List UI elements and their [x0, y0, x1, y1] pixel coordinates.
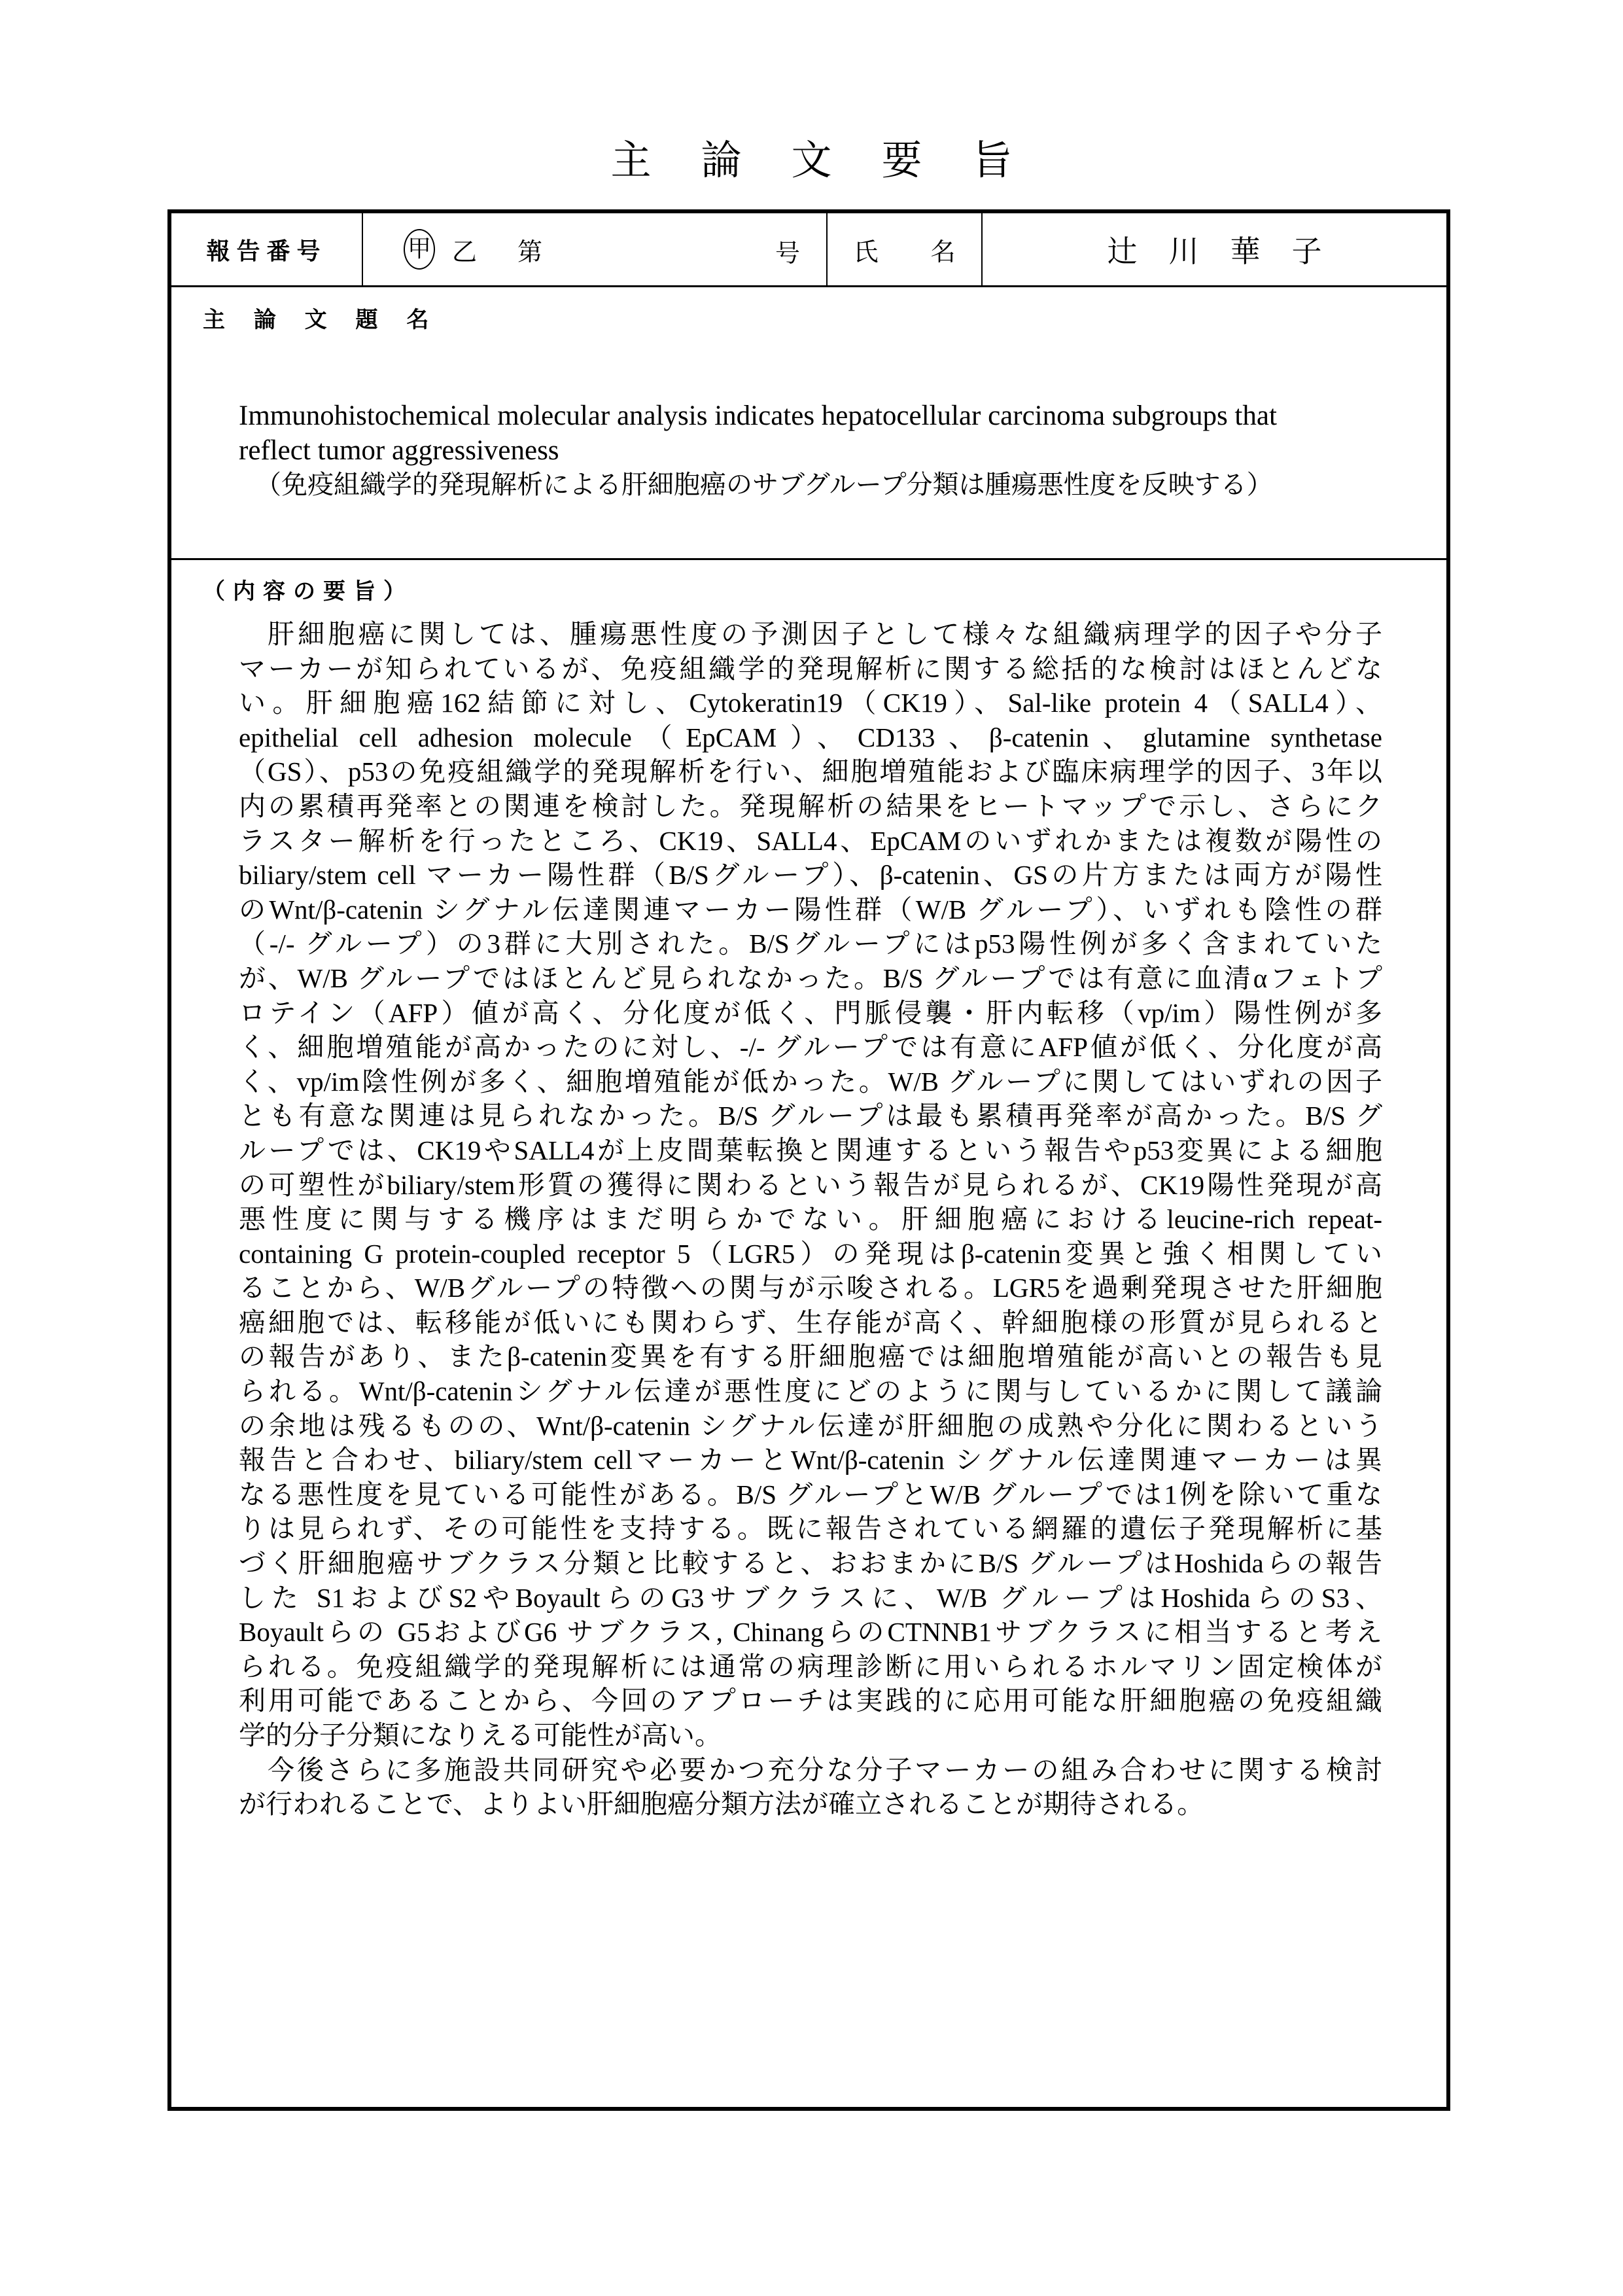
thesis-title-english: Immunohistochemical molecular analysis i…: [239, 398, 1403, 468]
thesis-title-line: reflect tumor aggressiveness: [239, 433, 1403, 468]
degree-type-circled-kou: 甲: [404, 229, 435, 270]
thesis-title-section: 主 論 文 題 名 Immunohistochemical molecular …: [171, 287, 1446, 560]
title-char: 文: [791, 134, 831, 186]
summary-line: （-/- グループ）の3群に大別された。B/Sグループにはp53陽性例が多く含ま…: [239, 927, 1382, 961]
author-name-char: 辻: [1108, 228, 1138, 271]
title-char: 論: [701, 134, 741, 186]
summary-body: 肝細胞癌に関しては、腫瘍悪性度の予測因子として様々な組織病理学的因子や分子マーカ…: [239, 617, 1382, 1822]
summary-line: Boyaultらの G5およびG6 サブクラス, ChinangらのCTNNB1…: [239, 1615, 1382, 1650]
summary-line: マーカーが知られているが、免疫組織学的発現解析に関する総括的な検討はほとんどな: [239, 652, 1382, 686]
report-number-label: 報告番号: [171, 213, 363, 285]
summary-line: epithelial cell adhesion molecule（EpCAM）…: [239, 720, 1382, 755]
summary-line: biliary/stem cell マーカー陽性群（B/Sグループ）、β-cat…: [239, 858, 1382, 892]
degree-type-otsu: 乙: [452, 232, 477, 268]
summary-label: （内容の要旨）: [203, 573, 413, 605]
name-label-char: 氏: [853, 232, 878, 268]
summary-line: ループでは、CK19やSALL4が上皮間葉転換と関連するという報告やp53変異に…: [239, 1133, 1382, 1168]
summary-line: とも有意な関連は見られなかった。B/S グループは最も累積再発率が高かった。B/…: [239, 1099, 1382, 1133]
summary-line: りは見られず、その可能性を支持する。既に報告されている網羅的遺伝子発現解析に基: [239, 1511, 1382, 1546]
report-number-field: 甲 乙 第 号: [363, 213, 828, 285]
frame-bottom-border: [167, 2107, 1450, 2111]
summary-line: ラスター解析を行ったところ、CK19、SALL4、EpCAMのいずれかまたは複数…: [239, 824, 1382, 858]
name-label: 氏 名: [828, 213, 983, 285]
document-title: 主論文要旨: [0, 134, 1623, 186]
author-name: 辻川華子: [983, 213, 1446, 285]
title-char: 主: [610, 134, 651, 186]
summary-line: 今後さらに多施設共同研究や必要かつ充分な分子マーカーの組み合わせに関する検討: [239, 1753, 1382, 1788]
title-char: 旨: [972, 134, 1013, 186]
summary-line: く、細胞増殖能が高かったのに対し、-/- グループでは有意にAFP値が低く、分化…: [239, 1030, 1382, 1065]
summary-line: 癌細胞では、転移能が低いにも関わらず、生存能が高く、幹細胞様の形質が見られると: [239, 1305, 1382, 1340]
summary-line: が、W/B グループではほとんど見られなかった。B/S グループでは有意に血清α…: [239, 961, 1382, 996]
summary-line: containing G protein-coupled receptor 5（…: [239, 1237, 1382, 1271]
summary-line: 報告と合わせ、biliary/stem cellマーカーとWnt/β-caten…: [239, 1443, 1382, 1477]
summary-line: 内の累積再発率との関連を検討した。発現解析の結果をヒートマップで示し、さらにク: [239, 789, 1382, 824]
author-name-char: 華: [1230, 228, 1261, 271]
thesis-title-japanese: （免疫組織学的発現解析による肝細胞癌のサブグループ分類は腫瘍悪性度を反映する）: [255, 468, 1273, 503]
author-name-char: 子: [1292, 228, 1322, 271]
summary-line: の報告があり、またβ-catenin変異を有する肝細胞癌では細胞増殖能が高いとの…: [239, 1339, 1382, 1374]
summary-line: 利用可能であることから、今回のアプローチは実践的に応用可能な肝細胞癌の免疫組織: [239, 1684, 1382, 1718]
summary-line: （GS）、p53の免疫組織学的発現解析を行い、細胞増殖能および臨床病理学的因子、…: [239, 754, 1382, 789]
summary-line: ロテイン（AFP）値が高く、分化度が低く、門脈侵襲・肝内転移（vp/im）陽性例…: [239, 996, 1382, 1031]
summary-line: ることから、W/Bグループの特徴への関与が示唆される。LGR5を過剰発現させた肝…: [239, 1271, 1382, 1305]
summary-line: 悪性度に関与する機序はまだ明らかでない。肝細胞癌におけるleucine-rich…: [239, 1202, 1382, 1237]
summary-line: られる。免疫組織学的発現解析には通常の病理診断に用いられるホルマリン固定検体が: [239, 1650, 1382, 1684]
name-label-char: 名: [931, 232, 956, 268]
summary-line: が行われることで、よりよい肝細胞癌分類方法が確立されることが期待される。: [239, 1787, 1382, 1822]
number-prefix: 第: [517, 232, 542, 268]
summary-line: の可塑性がbiliary/stem形質の獲得に関わるという報告が見られるが、CK…: [239, 1168, 1382, 1203]
summary-line: した S1およびS2やBoyaultらのG3サブクラスに、W/B グループはHo…: [239, 1581, 1382, 1616]
author-name-char: 川: [1169, 228, 1199, 271]
summary-line: の余地は残るものの、Wnt/β-catenin シグナル伝達が肝細胞の成熟や分化…: [239, 1409, 1382, 1443]
summary-line: られる。Wnt/β-cateninシグナル伝達が悪性度にどのように関与しているか…: [239, 1374, 1382, 1409]
summary-line: く、vp/im陰性例が多く、細胞増殖能が低かった。W/B グループに関してはいず…: [239, 1065, 1382, 1099]
summary-line: のWnt/β-catenin シグナル伝達関連マーカー陽性群（W/B グループ）…: [239, 892, 1382, 927]
summary-line: づく肝細胞癌サブクラス分類と比較すると、おおまかにB/S グループはHoshid…: [239, 1546, 1382, 1581]
thesis-title-label: 主 論 文 題 名: [203, 302, 439, 334]
summary-line: い。肝細胞癌162結節に対し、Cytokeratin19（CK19）、Sal-l…: [239, 686, 1382, 720]
thesis-title-line: Immunohistochemical molecular analysis i…: [239, 398, 1403, 433]
summary-line: 学的分子分類になりえる可能性が高い。: [239, 1718, 1382, 1753]
summary-line: 肝細胞癌に関しては、腫瘍悪性度の予測因子として様々な組織病理学的因子や分子: [239, 617, 1382, 652]
summary-form-frame: 報告番号 甲 乙 第 号 氏 名 辻川華子 主 論 文 題 名 Immunohi…: [167, 209, 1450, 2111]
summary-line: なる悪性度を見ている可能性がある。B/S グループとW/B グループでは1例を除…: [239, 1477, 1382, 1512]
header-row: 報告番号 甲 乙 第 号 氏 名 辻川華子: [171, 213, 1446, 287]
title-char: 要: [882, 134, 922, 186]
number-suffix: 号: [775, 233, 800, 269]
